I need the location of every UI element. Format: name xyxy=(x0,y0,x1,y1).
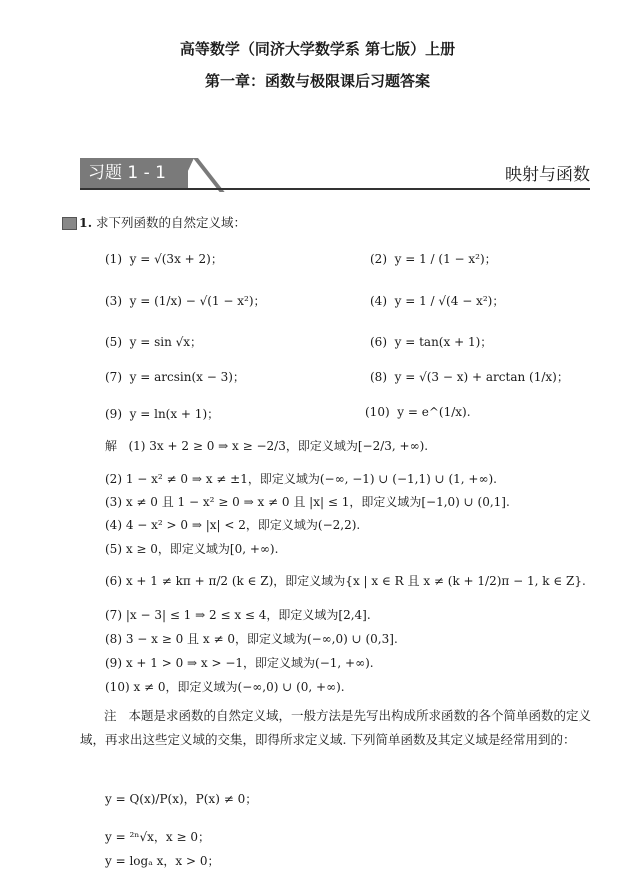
note-formula-3: y = logₐ x，x > 0； xyxy=(105,852,220,869)
solution-line-10: (10) x ≠ 0，即定义域为(−∞,0) ∪ (0, +∞). xyxy=(105,678,345,695)
note-text: 本题是求函数的自然定义域，一般方法是先写出构成所求函数的各个简单函数的定义域，再… xyxy=(80,708,591,747)
question-text: 求下列函数的自然定义域： xyxy=(96,215,246,230)
solution-line-2: (2) 1 − x² ≠ 0 ⇒ x ≠ ±1，即定义域为(−∞, −1) ∪ … xyxy=(105,470,497,487)
note-prefix: 注 xyxy=(80,708,117,723)
solution-line-6: (6) x + 1 ≠ kπ + π/2 (k ∈ Z)，即定义域为{x | x… xyxy=(105,572,586,589)
question-item-2: (2) y = 1 / (1 − x²)； xyxy=(370,250,497,267)
banner-slash-stripe xyxy=(193,158,225,192)
question-item-6: (6) y = tan(x + 1)； xyxy=(370,333,492,350)
solution-prefix: 解 xyxy=(105,439,117,453)
question-item-10: (10) y = e^(1/x). xyxy=(365,405,471,419)
question-item-5: (5) y = sin √x； xyxy=(105,333,202,350)
note-formula-2: y = ²ⁿ√x，x ≥ 0； xyxy=(105,828,210,845)
question-item-3: (3) y = (1/x) − √(1 − x²)； xyxy=(105,292,266,309)
tool-icon xyxy=(62,217,77,230)
note-formula-1: y = Q(x)/P(x)，P(x) ≠ 0； xyxy=(105,790,257,807)
solution-line-9: (9) x + 1 > 0 ⇒ x > −1，即定义域为(−1, +∞). xyxy=(105,654,374,671)
section-banner: 习题 1 - 1 映射与函数 xyxy=(80,158,590,190)
banner-rule xyxy=(80,188,590,190)
banner-slash-decoration xyxy=(180,158,194,188)
note-paragraph: 注 本题是求函数的自然定义域，一般方法是先写出构成所求函数的各个简单函数的定义域… xyxy=(80,704,600,752)
solution-line-7: (7) |x − 3| ≤ 1 ⇒ 2 ≤ x ≤ 4，即定义域为[2,4]. xyxy=(105,606,371,623)
solution-line-3: (3) x ≠ 0 且 1 − x² ≥ 0 ⇒ x ≠ 0 且 |x| ≤ 1… xyxy=(105,493,510,510)
exercise-tab-label: 习题 1 - 1 xyxy=(80,158,188,188)
section-topic: 映射与函数 xyxy=(505,160,590,185)
solution-line-8: (8) 3 − x ≥ 0 且 x ≠ 0，即定义域为(−∞,0) ∪ (0,3… xyxy=(105,630,398,647)
solution-line-5: (5) x ≥ 0，即定义域为[0, +∞). xyxy=(105,540,278,557)
solution-line-1: 解 (1) 3x + 2 ≥ 0 ⇒ x ≥ −2/3，即定义域为[−2/3, … xyxy=(105,437,428,454)
question-number: 1. xyxy=(79,215,92,230)
chapter-title: 第一章：函数与极限课后习题答案 xyxy=(0,70,635,91)
question-item-4: (4) y = 1 / √(4 − x²)； xyxy=(370,292,504,309)
question-prompt: 1. 求下列函数的自然定义域： xyxy=(62,213,246,231)
question-item-9: (9) y = ln(x + 1)； xyxy=(105,405,219,422)
question-item-7: (7) y = arcsin(x − 3)； xyxy=(105,368,245,385)
solution-line-4: (4) 4 − x² > 0 ⇒ |x| < 2，即定义域为(−2,2). xyxy=(105,516,360,533)
book-title: 高等数学（同济大学数学系 第七版）上册 xyxy=(0,38,635,59)
question-item-1: (1) y = √(3x + 2)； xyxy=(105,250,223,267)
question-item-8: (8) y = √(3 − x) + arctan (1/x)； xyxy=(370,368,569,385)
